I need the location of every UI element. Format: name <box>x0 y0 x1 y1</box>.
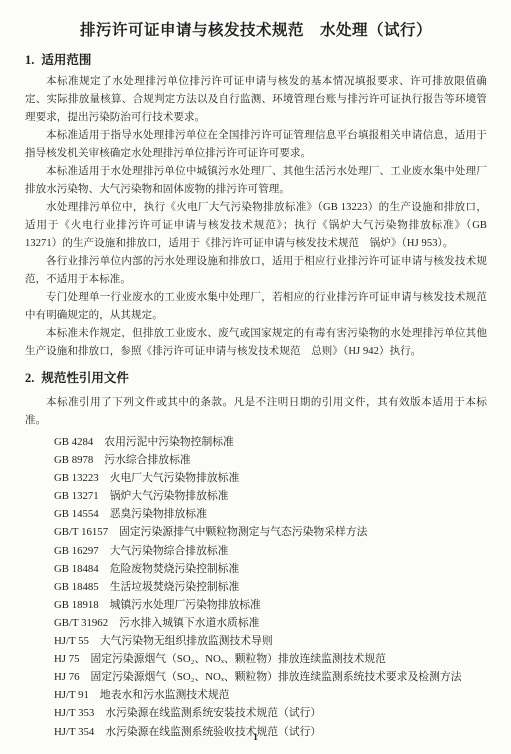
reference-code: GB 14554 <box>54 505 99 523</box>
body-paragraph: 本标准规定了水处理排污单位排污许可证申请与核发的基本情况填报要求、许可排放限值确… <box>25 73 487 127</box>
reference-item: GB 18484危险废物焚烧污染控制标准 <box>54 560 487 578</box>
section-scope: 1.适用范围 本标准规定了水处理排污单位排污许可证申请与核发的基本情况填报要求、… <box>25 53 487 361</box>
reference-name: 固定污染源烟气（SO₂、NOₓ、颗粒物）排放连续监测技术规范 <box>91 653 386 665</box>
reference-item: GB 18485生活垃圾焚烧污染控制标准 <box>54 578 487 596</box>
references-list: GB 4284农用污泥中污染物控制标准 GB 8978污水综合排放标准 GB 1… <box>54 433 487 741</box>
body-paragraph: 各行业排污单位内部的污水处理设施和排放口，适用于相应行业排污许可证申请与核发技术… <box>25 253 487 289</box>
reference-name: 污水排入城镇下水道水质标准 <box>119 617 259 629</box>
reference-code: GB 8978 <box>54 451 93 469</box>
reference-code: GB/T 31962 <box>54 614 108 632</box>
reference-name: 城镇污水处理厂污染物排放标准 <box>110 599 261 611</box>
reference-name: 水污染源在线监测系统安装技术规范（试行） <box>105 707 321 719</box>
body-paragraph: 本标准适用于水处理排污单位中城镇污水处理厂、其他生活污水处理厂、工业废水集中处理… <box>25 163 487 199</box>
reference-code: GB 13271 <box>54 487 99 505</box>
reference-name: 大气污染物综合排放标准 <box>110 545 229 557</box>
section-1-title: 适用范围 <box>41 53 91 67</box>
reference-code: HJ/T 91 <box>54 686 89 704</box>
reference-name: 生活垃圾焚烧污染控制标准 <box>110 581 240 593</box>
document-page: 排污许可证申请与核发技术规范 水处理（试行） 1.适用范围 本标准规定了水处理排… <box>0 0 511 754</box>
reference-item: GB 8978污水综合排放标准 <box>54 451 487 469</box>
section-1-heading: 1.适用范围 <box>25 53 487 68</box>
section-1-number: 1. <box>25 53 34 67</box>
reference-code: GB 18484 <box>54 560 99 578</box>
reference-item: GB 13271锅炉大气污染物排放标准 <box>54 487 487 505</box>
reference-code: HJ/T 55 <box>54 632 89 650</box>
section-normative-references: 2.规范性引用文件 本标准引用了下列文件或其中的条款。凡是不注明日期的引用文件，… <box>25 371 487 741</box>
reference-code: GB 4284 <box>54 433 93 451</box>
reference-item: GB/T 16157固定污染源排气中颗粒物测定与气态污染物采样方法 <box>54 523 487 541</box>
section-2-title: 规范性引用文件 <box>41 371 129 385</box>
reference-item: GB 16297大气污染物综合排放标准 <box>54 542 487 560</box>
reference-code: HJ/T 353 <box>54 704 94 722</box>
reference-item: GB/T 31962污水排入城镇下水道水质标准 <box>54 614 487 632</box>
reference-code: GB/T 16157 <box>54 523 108 541</box>
body-paragraph: 本标准未作规定，但排放工业废水、废气或国家规定的有毒有害污染物的水处理排污单位其… <box>25 325 487 361</box>
body-paragraph: 本标准适用于指导水处理排污单位在全国排污许可证管理信息平台填报相关申请信息，适用… <box>25 127 487 163</box>
reference-name: 固定污染源排气中颗粒物测定与气态污染物采样方法 <box>119 526 367 538</box>
reference-name: 大气污染物无组织排放监测技术导则 <box>100 635 273 647</box>
reference-item: GB 14554恶臭污染物排放标准 <box>54 505 487 523</box>
references-intro: 本标准引用了下列文件或其中的条款。凡是不注明日期的引用文件，其有效版本适用于本标… <box>25 394 487 430</box>
reference-name: 恶臭污染物排放标准 <box>110 508 207 520</box>
reference-item: HJ/T 91地表水和污水监测技术规范 <box>54 686 487 704</box>
reference-name: 地表水和污水监测技术规范 <box>100 689 230 701</box>
section-1-paragraphs: 本标准规定了水处理排污单位排污许可证申请与核发的基本情况填报要求、许可排放限值确… <box>25 73 487 361</box>
reference-code: HJ 76 <box>54 668 80 686</box>
body-paragraph: 专门处理单一行业废水的工业废水集中处理厂，若相应的行业排污许可证申请与核发技术规… <box>25 289 487 325</box>
body-paragraph: 水处理排污单位中，执行《火电厂大气污染物排放标准》（GB 13223）的生产设施… <box>25 199 487 253</box>
reference-code: HJ 75 <box>54 650 80 668</box>
reference-item: HJ 76固定污染源烟气（SO₂、NOₓ、颗粒物）排放连续监测系统技术要求及检测… <box>54 668 487 686</box>
reference-item: HJ/T 55大气污染物无组织排放监测技术导则 <box>54 632 487 650</box>
reference-item: HJ/T 353水污染源在线监测系统安装技术规范（试行） <box>54 704 487 722</box>
reference-name: 农用污泥中污染物控制标准 <box>104 436 234 448</box>
reference-name: 锅炉大气污染物排放标准 <box>110 490 229 502</box>
reference-name: 污水综合排放标准 <box>104 454 190 466</box>
section-2-heading: 2.规范性引用文件 <box>25 371 487 386</box>
document-title: 排污许可证申请与核发技术规范 水处理（试行） <box>25 21 487 40</box>
reference-item: GB 18918城镇污水处理厂污染物排放标准 <box>54 596 487 614</box>
reference-name: 固定污染源烟气（SO₂、NOₓ、颗粒物）排放连续监测系统技术要求及检测方法 <box>91 671 462 683</box>
reference-item: GB 13223火电厂大气污染物排放标准 <box>54 469 487 487</box>
reference-name: 火电厂大气污染物排放标准 <box>110 472 240 484</box>
reference-item: GB 4284农用污泥中污染物控制标准 <box>54 433 487 451</box>
reference-code: GB 16297 <box>54 542 99 560</box>
reference-code: GB 13223 <box>54 469 99 487</box>
reference-name: 危险废物焚烧污染控制标准 <box>110 563 240 575</box>
reference-code: GB 18918 <box>54 596 99 614</box>
section-2-number: 2. <box>25 371 34 385</box>
reference-code: GB 18485 <box>54 578 99 596</box>
page-number: 1 <box>0 733 511 743</box>
reference-item: HJ 75固定污染源烟气（SO₂、NOₓ、颗粒物）排放连续监测技术规范 <box>54 650 487 668</box>
